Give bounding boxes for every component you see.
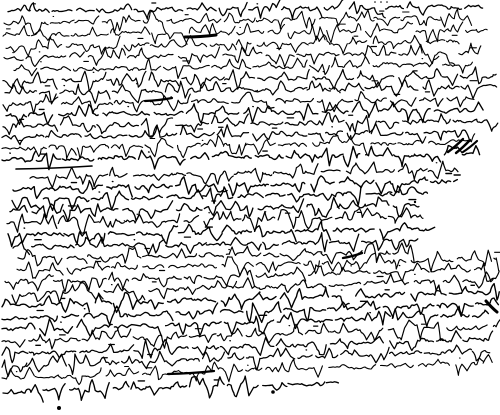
handwriting-line (2, 306, 488, 336)
handwriting-line (4, 43, 481, 67)
manuscript-scan-page (0, 0, 500, 415)
ink-dot (271, 390, 275, 394)
handwriting-line (3, 376, 338, 402)
handwriting-line (2, 355, 492, 385)
heavy-ink-stroke (486, 301, 497, 312)
ink-dot (414, 201, 416, 203)
ink-dot (380, 1, 382, 3)
handwriting-line (2, 134, 475, 159)
handwriting-line (2, 124, 469, 145)
handwriting-line (3, 92, 474, 114)
handwriting-line (2, 345, 490, 376)
heavy-ink-stroke (185, 35, 216, 37)
ink-dot (386, 1, 388, 3)
handwriting-line (3, 22, 487, 44)
ink-dot (374, 1, 376, 3)
handwriting-line (4, 9, 472, 35)
ink-dot (57, 406, 61, 410)
underline-stroke (16, 166, 92, 169)
handwriting-ink (0, 0, 500, 415)
